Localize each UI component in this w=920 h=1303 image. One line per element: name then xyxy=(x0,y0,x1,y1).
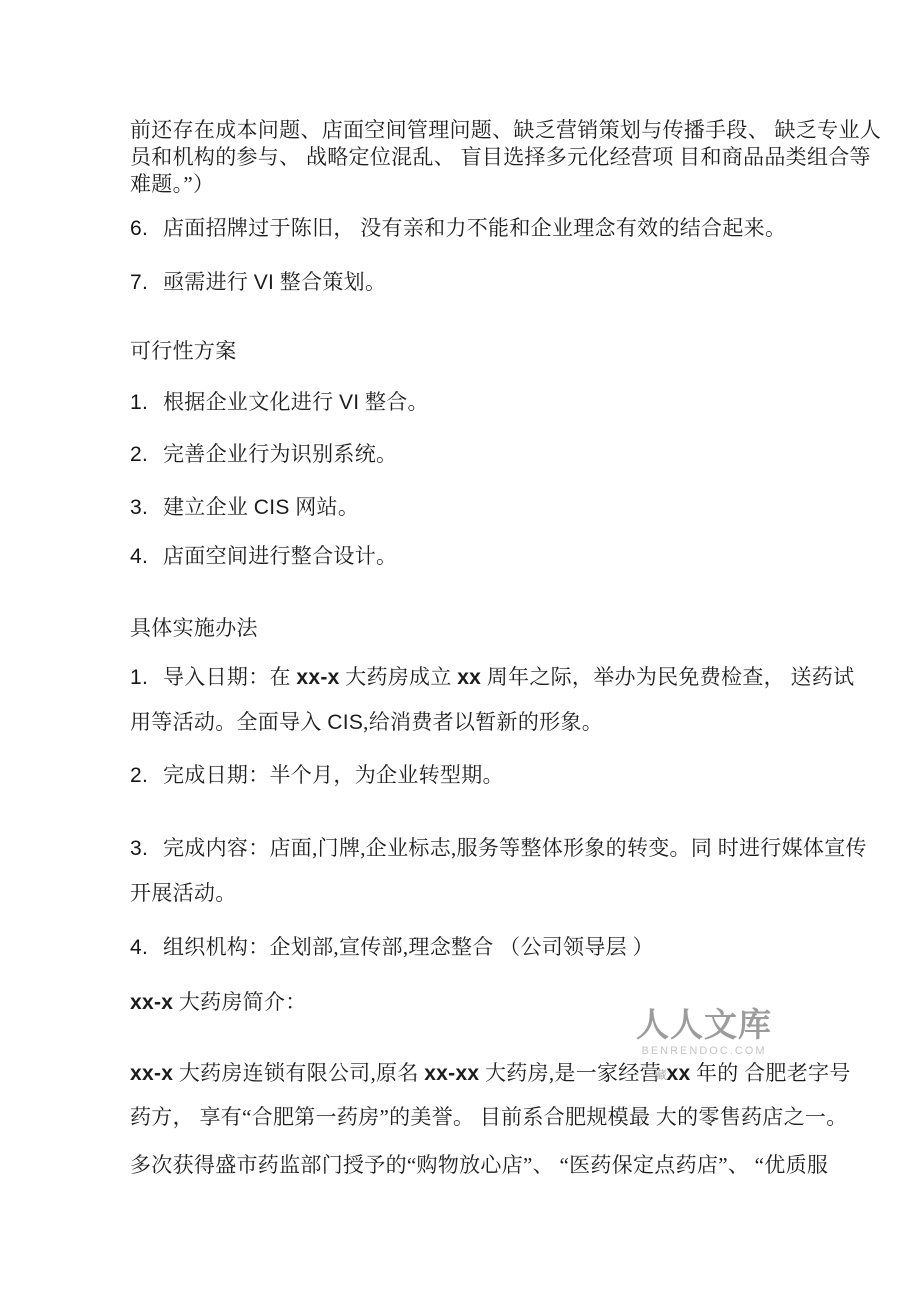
list-number: 2. xyxy=(130,443,163,466)
text-segment: CIS xyxy=(327,711,363,734)
pharmacy-intro-label: xx-x 大药房简介： xyxy=(130,991,307,1014)
text-segment: VI xyxy=(339,391,359,414)
text-segment: xx xyxy=(666,1062,690,1085)
list-number: 3. xyxy=(130,496,163,519)
text-segment: 员和机构的参与、 战略定位混乱、 盲目选择多元化经营项 目和商品品类组合等 xyxy=(130,145,871,169)
text-segment: 根据企业文化进行 xyxy=(163,390,339,414)
text-segment: 整合。 xyxy=(359,390,428,414)
pharmacy-intro-paragraph-line-3: 多次获得盛市药监部门授予的“购物放心店”、 “医药保定点药店”、 “优质服 xyxy=(130,1154,828,1177)
text-segment: CIS xyxy=(254,496,290,519)
carryover-paragraph-line-1: 前还存在成本问题、店面空间管理问题、缺乏营销策划与传播手段、 缺乏专业人 xyxy=(130,119,881,142)
list-number: 2. xyxy=(130,764,163,787)
text-segment: xx xyxy=(457,666,481,689)
feasibility-item-3: 3.建立企业 CIS 网站。 xyxy=(130,496,359,519)
text-segment: 具体实施办法 xyxy=(130,616,258,640)
text-segment: xx-x xyxy=(130,991,173,1014)
section-heading-feasibility: 可行性方案 xyxy=(130,340,237,363)
text-segment: 大药房成立 xyxy=(340,665,458,689)
pharmacy-intro-paragraph-line-2: 药方， 享有“合肥第一药房”的美誉。 目前系合肥规模最 大的零售药店之一。 xyxy=(130,1106,848,1129)
text-segment: 用等活动。全面导入 xyxy=(130,710,327,734)
list-number: 6. xyxy=(130,217,163,240)
text-segment: 完成日期：半个月，为企业转型期。 xyxy=(163,763,504,787)
text-segment: xx-x xyxy=(296,666,339,689)
text-segment: 完成内容：店面,门牌,企业标志,服务等整体形象的转变。同 时进行媒体宣传 xyxy=(163,836,867,860)
text-segment: 完善企业行为识别系统。 xyxy=(163,442,397,466)
text-segment: 大药房连锁有限公司,原名 xyxy=(173,1061,424,1085)
list-number: 3. xyxy=(130,837,163,860)
document-page: 人人文库 BENRENDOC.COM 藏 前还存在成本问题、店面空间管理问题、缺… xyxy=(0,0,920,1303)
implementation-item-3-line-2: 开展活动。 xyxy=(130,882,237,905)
text-segment: 组织机构：企划部,宣传部,理念整合 （公司领导层 ） xyxy=(163,935,654,959)
text-segment: 多次获得盛市药监部门授予的“购物放心店”、 “医药保定点药店”、 “优质服 xyxy=(130,1153,828,1177)
implementation-item-3-line-1: 3.完成内容：店面,门牌,企业标志,服务等整体形象的转变。同 时进行媒体宣传 xyxy=(130,837,867,860)
text-segment: 大药房简介： xyxy=(173,990,306,1014)
text-segment: 整合策划。 xyxy=(274,270,386,294)
text-segment: VI xyxy=(254,271,274,294)
list-number: 4. xyxy=(130,545,163,568)
problem-item-6: 6.店面招牌过于陈旧， 没有亲和力不能和企业理念有效的结合起来。 xyxy=(130,217,786,240)
carryover-paragraph-line-2: 员和机构的参与、 战略定位混乱、 盲目选择多元化经营项 目和商品品类组合等 xyxy=(130,146,871,169)
text-segment: xx-x xyxy=(130,1062,173,1085)
feasibility-item-4: 4.店面空间进行整合设计。 xyxy=(130,545,397,568)
text-segment: 开展活动。 xyxy=(130,881,237,905)
text-segment: xx-xx xyxy=(424,1062,479,1085)
text-segment: 店面空间进行整合设计。 xyxy=(163,544,397,568)
text-segment: 年的 合肥老字号 xyxy=(690,1061,850,1085)
implementation-item-4: 4.组织机构：企划部,宣传部,理念整合 （公司领导层 ） xyxy=(130,936,654,959)
text-segment: 导入日期：在 xyxy=(163,665,296,689)
list-number: 1. xyxy=(130,391,163,414)
document-body: 前还存在成本问题、店面空间管理问题、缺乏营销策划与传播手段、 缺乏专业人员和机构… xyxy=(0,0,920,1303)
problem-item-7: 7.亟需进行 VI 整合策划。 xyxy=(130,271,386,294)
feasibility-item-2: 2.完善企业行为识别系统。 xyxy=(130,443,397,466)
text-segment: 店面招牌过于陈旧， 没有亲和力不能和企业理念有效的结合起来。 xyxy=(163,216,786,240)
text-segment: 网站。 xyxy=(290,495,359,519)
carryover-paragraph-line-3: 难题。”） xyxy=(130,173,214,196)
implementation-item-1-line-2: 用等活动。全面导入 CIS,给消费者以暂新的形象。 xyxy=(130,711,603,734)
text-segment: 前还存在成本问题、店面空间管理问题、缺乏营销策划与传播手段、 缺乏专业人 xyxy=(130,118,881,142)
text-segment: 周年之际，举办为民免费检查， 送药试 xyxy=(481,665,854,689)
text-segment: 可行性方案 xyxy=(130,339,237,363)
pharmacy-intro-paragraph-line-1: xx-x 大药房连锁有限公司,原名 xx-xx 大药房,是一家经营 xx 年的 … xyxy=(130,1062,851,1085)
text-segment: 难题。”） xyxy=(130,172,214,196)
watermark-seal-mark: 藏 xyxy=(655,1066,667,1083)
text-segment: ,给消费者以暂新的形象。 xyxy=(363,710,603,734)
text-segment: 亟需进行 xyxy=(163,270,254,294)
list-number: 4. xyxy=(130,936,163,959)
section-heading-implementation: 具体实施办法 xyxy=(130,617,258,640)
feasibility-item-1: 1.根据企业文化进行 VI 整合。 xyxy=(130,391,429,414)
text-segment: 建立企业 xyxy=(163,495,254,519)
text-segment: 药方， 享有“合肥第一药房”的美誉。 目前系合肥规模最 大的零售药店之一。 xyxy=(130,1105,848,1129)
text-segment: 大药房,是一家经营 xyxy=(479,1061,666,1085)
list-number: 7. xyxy=(130,271,163,294)
implementation-item-2: 2.完成日期：半个月，为企业转型期。 xyxy=(130,764,504,787)
list-number: 1. xyxy=(130,666,163,689)
implementation-item-1-line-1: 1.导入日期：在 xx-x 大药房成立 xx 周年之际，举办为民免费检查， 送药… xyxy=(130,666,854,689)
